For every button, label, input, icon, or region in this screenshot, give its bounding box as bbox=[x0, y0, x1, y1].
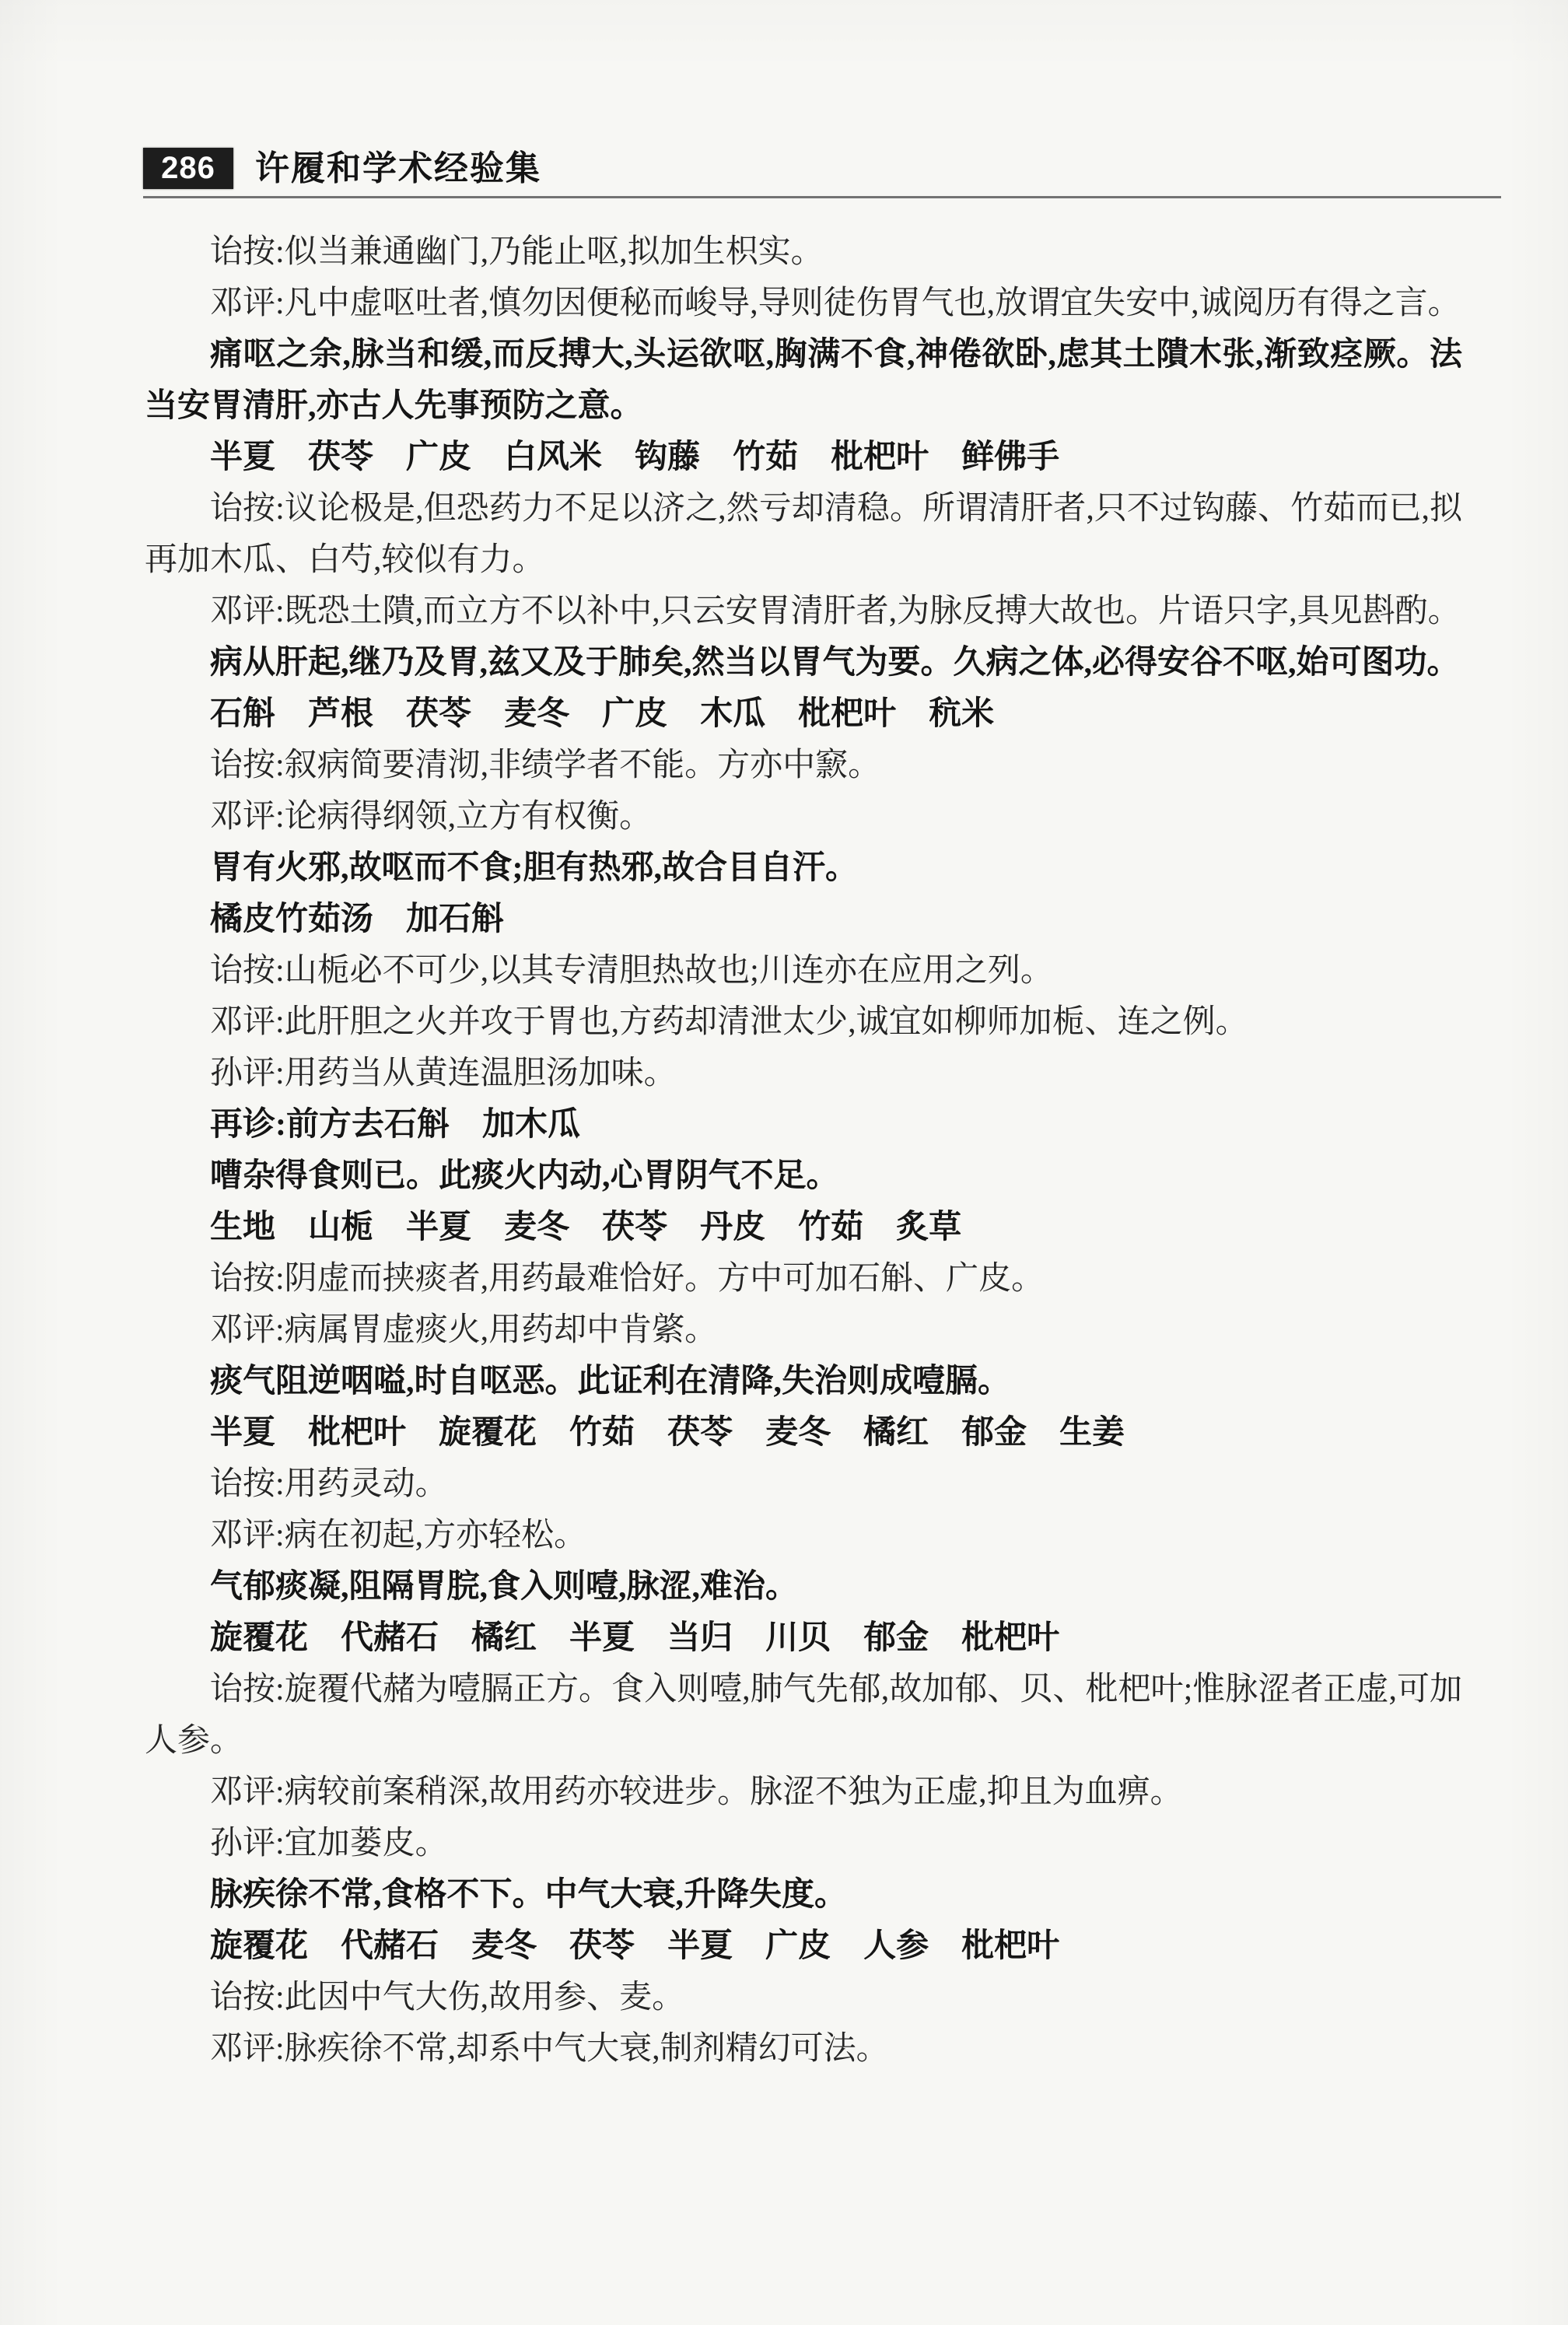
herb-item: 郁金 bbox=[863, 1620, 929, 1656]
herb-item: 山栀 bbox=[308, 1210, 373, 1245]
herb-item: 旋覆花 bbox=[210, 1620, 308, 1656]
herb-item: 半夏 bbox=[667, 1928, 733, 1964]
herb-item: 茯苓 bbox=[569, 1928, 635, 1964]
herb-item: 当归 bbox=[667, 1620, 733, 1656]
herbs-paragraph: 石斛芦根茯苓麦冬广皮木瓜枇杷叶秔米 bbox=[145, 688, 1462, 740]
case-paragraph: 痛呕之余,脉当和缓,而反搏大,头运欲呕,胸满不食,神倦欲卧,虑其土隤木张,渐致痉… bbox=[145, 329, 1462, 432]
herbs-paragraph: 再诊:前方去石斛加木瓜 bbox=[145, 1099, 1462, 1150]
comment-paragraph: 邓评:脉疾徐不常,却系中气大衰,制剂精幻可法。 bbox=[145, 2023, 1462, 2075]
case-paragraph: 病从肝起,继乃及胃,兹又及于肺矣,然当以胃气为要。久病之体,必得安谷不呕,始可图… bbox=[145, 637, 1462, 688]
herb-item: 广皮 bbox=[406, 439, 471, 475]
case-paragraph: 痰气阻逆咽嗌,时自呕恶。此证利在清降,失治则成噎膈。 bbox=[145, 1356, 1462, 1407]
case-paragraph: 胃有火邪,故呕而不食;胆有热邪,故合目自汗。 bbox=[145, 842, 1462, 894]
comment-paragraph: 诒按:用药灵动。 bbox=[145, 1458, 1462, 1510]
herb-item: 茯苓 bbox=[406, 696, 471, 732]
herb-item: 芦根 bbox=[308, 696, 373, 732]
herb-item: 半夏 bbox=[406, 1210, 471, 1245]
herb-item: 生地 bbox=[210, 1210, 275, 1245]
herb-item: 枇杷叶 bbox=[798, 696, 896, 732]
herbs-paragraph: 半夏枇杷叶旋覆花竹茹茯苓麦冬橘红郁金生姜 bbox=[145, 1407, 1462, 1458]
herb-item: 川贝 bbox=[765, 1620, 831, 1656]
case-paragraph: 气郁痰凝,阻隔胃脘,食入则噎,脉涩,难治。 bbox=[145, 1561, 1462, 1612]
herb-item: 炙草 bbox=[896, 1210, 961, 1245]
herb-item: 石斛 bbox=[210, 696, 275, 732]
herb-item: 鲜佛手 bbox=[961, 439, 1059, 475]
herb-item: 广皮 bbox=[765, 1928, 831, 1964]
herb-item: 枇杷叶 bbox=[831, 439, 929, 475]
herbs-paragraph: 旋覆花代赭石橘红半夏当归川贝郁金枇杷叶 bbox=[145, 1612, 1462, 1664]
herb-item: 再诊:前方去石斛 bbox=[210, 1107, 450, 1143]
herb-item: 竹茹 bbox=[569, 1415, 635, 1451]
header-rule bbox=[143, 196, 1501, 198]
herbs-paragraph: 生地山栀半夏麦冬茯苓丹皮竹茹炙草 bbox=[145, 1202, 1462, 1253]
herb-item: 加石斛 bbox=[406, 902, 504, 937]
case-paragraph: 嘈杂得食则已。此痰火内动,心胃阴气不足。 bbox=[145, 1150, 1462, 1202]
herb-item: 茯苓 bbox=[308, 439, 373, 475]
herb-item: 麦冬 bbox=[504, 1210, 569, 1245]
herb-item: 木瓜 bbox=[700, 696, 765, 732]
comment-paragraph: 邓评:病属胃虚痰火,用药却中肯綮。 bbox=[145, 1304, 1462, 1356]
herb-item: 麦冬 bbox=[504, 696, 569, 732]
herb-item: 代赭石 bbox=[341, 1620, 439, 1656]
herb-item: 丹皮 bbox=[700, 1210, 765, 1245]
comment-paragraph: 诒按:旋覆代赭为噎膈正方。食入则噎,肺气先郁,故加郁、贝、枇杷叶;惟脉涩者正虚,… bbox=[145, 1664, 1462, 1767]
comment-paragraph: 孙评:用药当从黄连温胆汤加味。 bbox=[145, 1048, 1462, 1099]
comment-paragraph: 邓评:此肝胆之火并攻于胃也,方药却清泄太少,诚宜如柳师加栀、连之例。 bbox=[145, 996, 1462, 1048]
page-number-badge: 286 bbox=[143, 148, 233, 189]
comment-paragraph: 诒按:阴虚而挟痰者,用药最难恰好。方中可加石斛、广皮。 bbox=[145, 1253, 1462, 1304]
herb-item: 枇杷叶 bbox=[308, 1415, 406, 1451]
comment-paragraph: 诒按:议论极是,但恐药力不足以济之,然亏却清稳。所谓清肝者,只不过钩藤、竹茹而已… bbox=[145, 483, 1462, 586]
page-header: 286 许履和学术经验集 bbox=[143, 148, 1501, 198]
page-body: 诒按:似当兼通幽门,乃能止呕,拟加生枳实。邓评:凡中虚呕吐者,慎勿因便秘而峻导,… bbox=[145, 226, 1462, 2075]
comment-paragraph: 邓评:病在初起,方亦轻松。 bbox=[145, 1510, 1462, 1561]
herb-item: 白风米 bbox=[504, 439, 602, 475]
herb-item: 竹茹 bbox=[798, 1210, 863, 1245]
herb-item: 秔米 bbox=[929, 696, 994, 732]
herb-item: 竹茹 bbox=[733, 439, 798, 475]
comment-paragraph: 孙评:宜加蒌皮。 bbox=[145, 1818, 1462, 1869]
herb-item: 加木瓜 bbox=[482, 1107, 580, 1143]
comment-paragraph: 邓评:凡中虚呕吐者,慎勿因便秘而峻导,导则徒伤胃气也,放谓宜失安中,诚阅历有得之… bbox=[145, 278, 1462, 329]
herb-item: 茯苓 bbox=[602, 1210, 667, 1245]
comment-paragraph: 诒按:似当兼通幽门,乃能止呕,拟加生枳实。 bbox=[145, 226, 1462, 278]
comment-paragraph: 邓评:论病得纲领,立方有权衡。 bbox=[145, 791, 1462, 842]
case-paragraph: 脉疾徐不常,食格不下。中气大衰,升降失度。 bbox=[145, 1869, 1462, 1921]
book-title: 许履和学术经验集 bbox=[255, 148, 541, 189]
herb-item: 麦冬 bbox=[471, 1928, 537, 1964]
herb-item: 橘红 bbox=[471, 1620, 537, 1656]
herb-item: 代赭石 bbox=[341, 1928, 439, 1964]
herbs-paragraph: 旋覆花代赭石麦冬茯苓半夏广皮人参枇杷叶 bbox=[145, 1921, 1462, 1972]
comment-paragraph: 邓评:病较前案稍深,故用药亦较进步。脉涩不独为正虚,抑且为血痹。 bbox=[145, 1767, 1462, 1818]
comment-paragraph: 诒按:此因中气大伤,故用参、麦。 bbox=[145, 1972, 1462, 2023]
herb-item: 半夏 bbox=[569, 1620, 635, 1656]
herb-item: 半夏 bbox=[210, 1415, 275, 1451]
herb-item: 旋覆花 bbox=[210, 1928, 308, 1964]
herb-item: 麦冬 bbox=[765, 1415, 831, 1451]
herb-item: 橘红 bbox=[863, 1415, 929, 1451]
comment-paragraph: 诒按:叙病简要清沏,非绩学者不能。方亦中窾。 bbox=[145, 740, 1462, 791]
herb-item: 郁金 bbox=[961, 1415, 1027, 1451]
herb-item: 钩藤 bbox=[635, 439, 700, 475]
herb-item: 旋覆花 bbox=[439, 1415, 537, 1451]
herb-item: 茯苓 bbox=[667, 1415, 733, 1451]
herbs-paragraph: 半夏茯苓广皮白风米钩藤竹茹枇杷叶鲜佛手 bbox=[145, 432, 1462, 483]
herbs-paragraph: 橘皮竹茹汤加石斛 bbox=[145, 894, 1462, 945]
herb-item: 枇杷叶 bbox=[961, 1620, 1059, 1656]
herb-item: 半夏 bbox=[210, 439, 275, 475]
herb-item: 人参 bbox=[863, 1928, 929, 1964]
comment-paragraph: 诒按:山栀必不可少,以其专清胆热故也;川连亦在应用之列。 bbox=[145, 945, 1462, 996]
herb-item: 橘皮竹茹汤 bbox=[210, 902, 373, 937]
herb-item: 广皮 bbox=[602, 696, 667, 732]
comment-paragraph: 邓评:既恐土隤,而立方不以补中,只云安胃清肝者,为脉反搏大故也。片语只字,具见斟… bbox=[145, 586, 1462, 637]
herb-item: 生姜 bbox=[1059, 1415, 1125, 1451]
herb-item: 枇杷叶 bbox=[961, 1928, 1059, 1964]
